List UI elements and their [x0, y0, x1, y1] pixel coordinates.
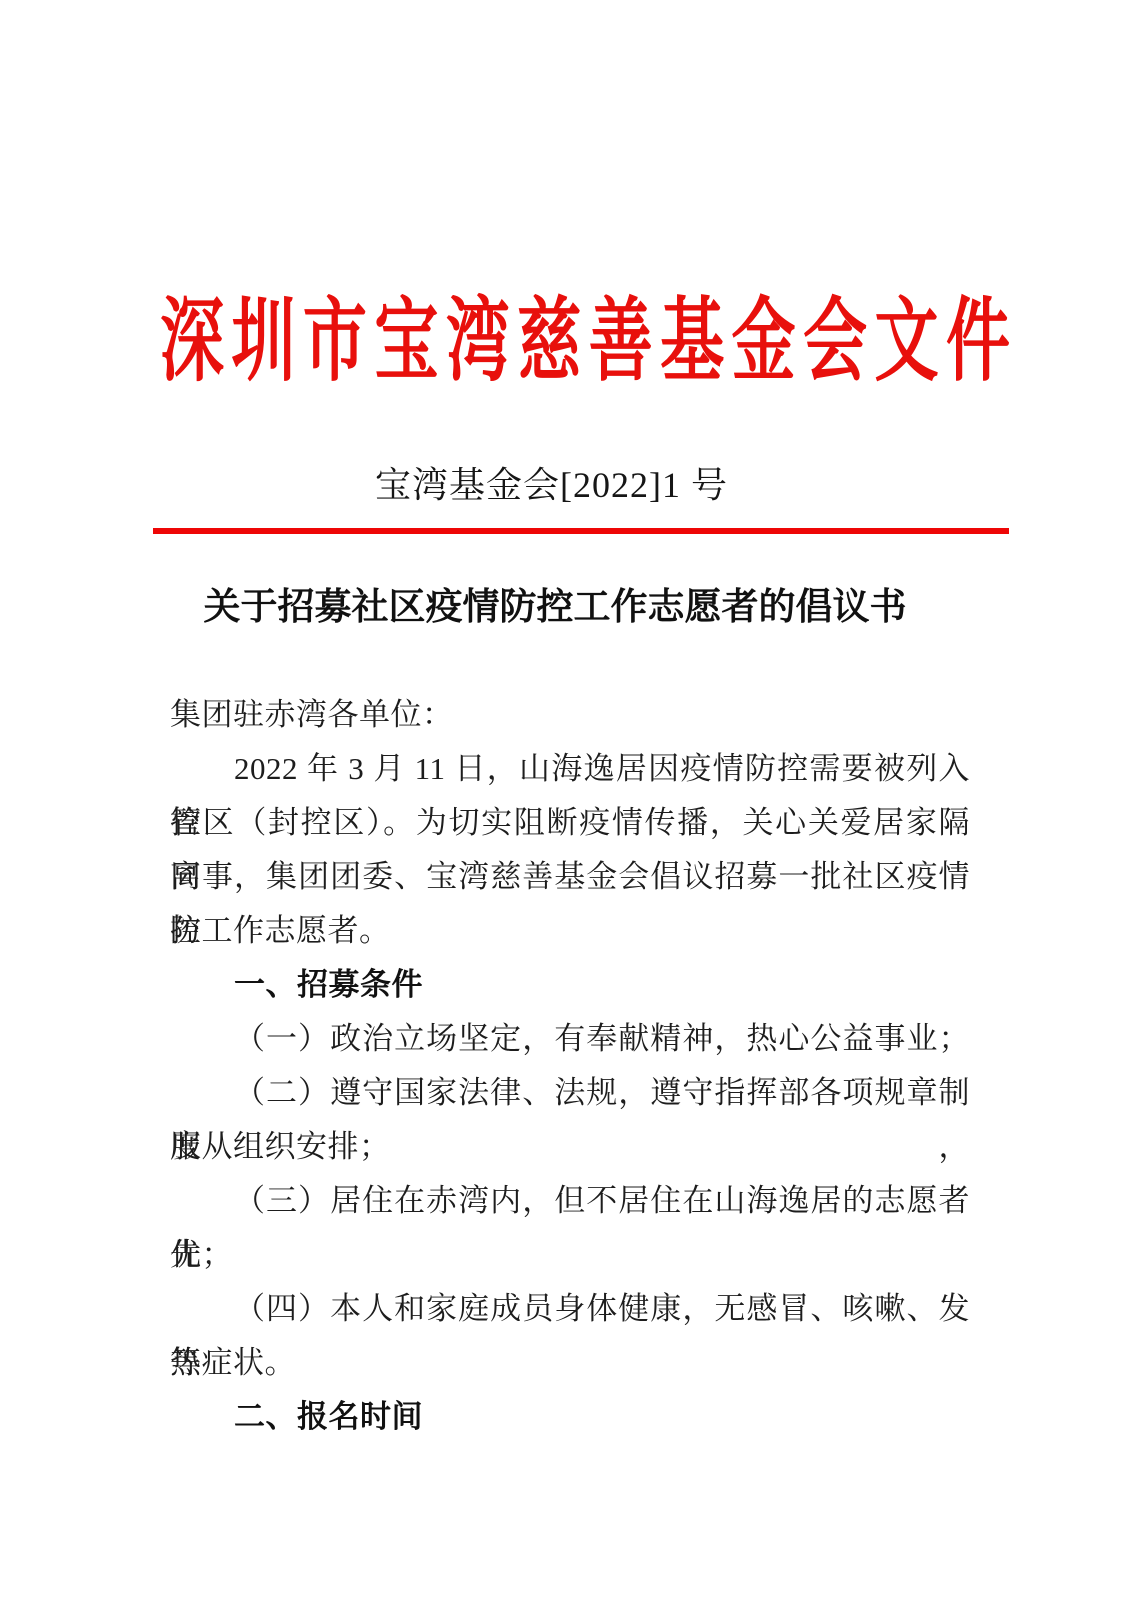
body-line: （一）政治立场坚定，有奉献精神，热心公益事业； [170, 1012, 970, 1066]
body-line: 控区（封控区）。为切实阻断疫情传播，关心关爱居家隔离 [170, 796, 970, 850]
red-divider-line [153, 528, 1009, 534]
letterhead-char: 文 [875, 274, 939, 410]
section-heading-signup-time: 二、报名时间 [170, 1390, 970, 1444]
body-line: 先； [170, 1228, 970, 1282]
letterhead-char: 善 [589, 274, 653, 410]
letterhead-char: 宝 [374, 274, 438, 410]
document-page: 深 圳 市 宝 湾 慈 善 基 金 会 文 件 宝湾基金会[2022]1 号 关… [0, 0, 1131, 1600]
section-heading-recruit-conditions: 一、招募条件 [170, 958, 970, 1012]
document-number: 宝湾基金会[2022]1 号 [0, 463, 1103, 507]
letterhead-char: 湾 [446, 274, 510, 410]
letterhead-title: 深 圳 市 宝 湾 慈 善 基 金 会 文 件 [160, 294, 1010, 390]
letterhead-char: 基 [660, 274, 724, 410]
letterhead-char: 金 [732, 274, 796, 410]
letterhead-char: 会 [803, 274, 867, 410]
body-line: 2022 年 3 月 11 日，山海逸居因疫情防控需要被列入管 [170, 742, 970, 796]
document-body: 集团驻赤湾各单位： 2022 年 3 月 11 日，山海逸居因疫情防控需要被列入… [170, 688, 970, 1444]
letterhead-char: 慈 [517, 274, 581, 410]
salutation: 集团驻赤湾各单位： [170, 688, 970, 742]
body-line: 控工作志愿者。 [170, 904, 970, 958]
body-line: 等症状。 [170, 1336, 970, 1390]
letterhead-char: 件 [946, 274, 1010, 410]
letterhead-char: 深 [160, 274, 224, 410]
letterhead-char: 市 [303, 274, 367, 410]
body-line: （四）本人和家庭成员身体健康，无感冒、咳嗽、发热 [170, 1282, 970, 1336]
document-title: 关于招募社区疫情防控工作志愿者的倡议书 [0, 585, 1110, 629]
body-line: （二）遵守国家法律、法规，遵守指挥部各项规章制度， [170, 1066, 970, 1120]
letterhead-char: 圳 [231, 274, 295, 410]
body-line: 同事，集团团委、宝湾慈善基金会倡议招募一批社区疫情防 [170, 850, 970, 904]
body-line: （三）居住在赤湾内，但不居住在山海逸居的志愿者优 [170, 1174, 970, 1228]
